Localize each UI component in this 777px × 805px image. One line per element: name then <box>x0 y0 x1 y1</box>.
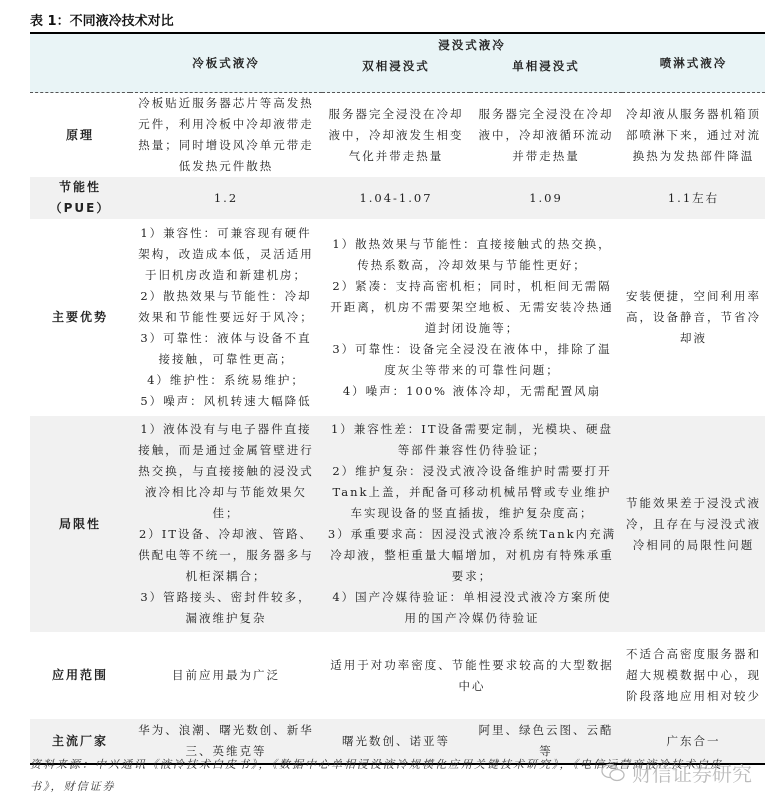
row-label: 主要优势 <box>30 219 130 416</box>
row-label: 节能性 （PUE） <box>30 177 130 219</box>
header-single-phase: 单相浸没式 <box>470 56 622 93</box>
cell-spray: 不适合高密度服务器和超大规模数据中心，现阶段落地应用相对较少 <box>622 632 765 719</box>
header-cold-plate: 冷板式液冷 <box>130 33 322 93</box>
table-row-pue: 节能性 （PUE） 1.2 1.04-1.07 1.09 1.1左右 <box>30 177 765 219</box>
watermark-text: 财信证券研究 <box>632 758 752 787</box>
cell-cold-plate: 目前应用最为广泛 <box>130 632 322 719</box>
header-empty-cell <box>30 33 130 93</box>
cell-immersion: 1）散热效果与节能性：直接接触式的热交换，传热系数高，冷却效果与节能性更好； 2… <box>322 219 622 416</box>
cell-spray: 安装便捷，空间利用率高，设备静音，节省冷却液 <box>622 219 765 416</box>
cell-immersion: 适用于对功率密度、节能性要求较高的大型数据中心 <box>322 632 622 719</box>
header-spray: 喷淋式液冷 <box>622 33 765 93</box>
table-row-limitations: 局限性 1）液体没有与电子器件直接接触，而是通过金属管壁进行热交换，与直接接触的… <box>30 416 765 632</box>
table-caption: 表 1：不同液冷技术对比 <box>30 10 174 29</box>
cell-cold-plate: 1）液体没有与电子器件直接接触，而是通过金属管壁进行热交换，与直接接触的浸没式液… <box>130 416 322 632</box>
table-row-advantages: 主要优势 1）兼容性：可兼容现有硬件架构，改造成本低，灵活适用于旧机房改造和新建… <box>30 219 765 416</box>
wechat-icon <box>600 763 626 783</box>
cell-spray: 节能效果差于浸没式液冷，且存在与浸没式液冷相同的局限性问题 <box>622 416 765 632</box>
cell-spray: 1.1左右 <box>622 177 765 219</box>
cell-spray: 冷却液从服务器机箱顶部喷淋下来，通过对流换热为发热部件降温 <box>622 93 765 178</box>
cell-cold-plate: 1.2 <box>130 177 322 219</box>
cell-single-phase: 服务器完全浸没在冷却液中，冷却液循环流动并带走热量 <box>470 93 622 178</box>
row-label: 原理 <box>30 93 130 178</box>
row-label: 应用范围 <box>30 632 130 719</box>
row-label: 局限性 <box>30 416 130 632</box>
cell-two-phase: 服务器完全浸没在冷却液中，冷却液发生相变气化并带走热量 <box>322 93 470 178</box>
header-immersion: 浸没式液冷 <box>322 33 622 56</box>
cell-cold-plate: 1）兼容性：可兼容现有硬件架构，改造成本低，灵活适用于旧机房改造和新建机房； 2… <box>130 219 322 416</box>
table-row-application: 应用范围 目前应用最为广泛 适用于对功率密度、节能性要求较高的大型数据中心 不适… <box>30 632 765 719</box>
watermark: 财信证券研究 <box>600 758 752 787</box>
cell-immersion: 1）兼容性差：IT设备需要定制，光模块、硬盘等部件兼容性仍待验证； 2）维护复杂… <box>322 416 622 632</box>
table-row-principle: 原理 冷板贴近服务器芯片等高发热元件，利用冷板中冷却液带走热量；同时增设风冷单元… <box>30 93 765 178</box>
cell-single-phase: 1.09 <box>470 177 622 219</box>
cell-cold-plate: 冷板贴近服务器芯片等高发热元件，利用冷板中冷却液带走热量；同时增设风冷单元带走低… <box>130 93 322 178</box>
cell-two-phase: 1.04-1.07 <box>322 177 470 219</box>
header-two-phase: 双相浸没式 <box>322 56 470 93</box>
comparison-table: 冷板式液冷 浸没式液冷 喷淋式液冷 双相浸没式 单相浸没式 原理 冷板贴近服务器… <box>30 32 765 765</box>
